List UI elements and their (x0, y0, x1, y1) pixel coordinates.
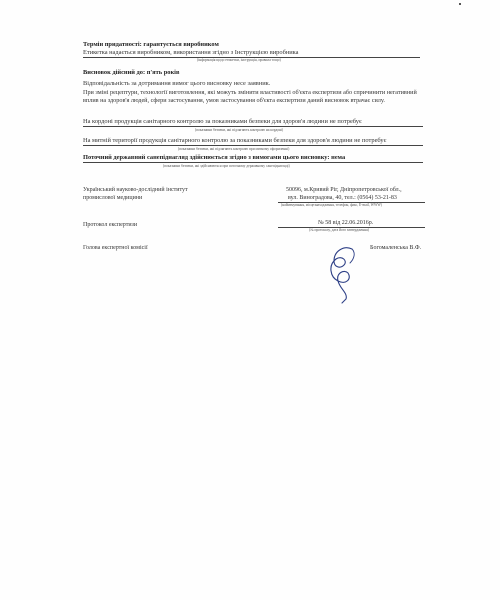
institution-name-line2: промислової медицини (83, 195, 142, 202)
marking-text: Етикетка надається виробником, використа… (83, 49, 299, 56)
address-caption: (найменування, місцезнаходження, телефон… (281, 203, 382, 207)
change-notice-text: При зміні рецептури, технології виготовл… (83, 89, 423, 105)
signatory-name: Богомаленська В.Ф. (370, 245, 421, 252)
protocol-caption: (№ протоколу, дата його затвердження) (309, 228, 369, 232)
marking-caption: (інформація щодо етикетки, інструкція, п… (197, 58, 281, 62)
document-page: Термін придатності: гарантується виробни… (0, 0, 500, 600)
supervision-caption: (показники безпеки, які здійснюються при… (163, 164, 290, 168)
protocol-value: № 58 від 22.06.2016р. (318, 220, 373, 227)
supervision-text: Поточний державний санепіднагляд здійсню… (83, 154, 345, 161)
shelf-life-title: Термін придатності: гарантується виробни… (83, 41, 219, 48)
border-control-underline (83, 126, 423, 127)
validity-title: Висновок дійсний до: п'ять років (83, 69, 179, 76)
customs-control-underline (83, 145, 423, 146)
border-control-caption: (показники безпеки, які підлягають контр… (195, 128, 283, 132)
border-control-text: На кордоні продукція санітарного контрол… (83, 118, 362, 125)
supervision-underline (83, 162, 423, 163)
institution-name-line1: Український науково-дослідний інститут (83, 187, 188, 194)
address-line1: 50096, м.Кривий Ріг, Дніпропетровської о… (286, 187, 402, 194)
address-line2: вул. Виноградова, 40, тел.: (0564) 53-21… (288, 195, 397, 202)
customs-control-caption: (показники безпеки, які підлягають контр… (178, 147, 289, 151)
commission-label: Голова експертної комісії (83, 245, 148, 252)
customs-control-text: На митній території продукція санітарног… (83, 137, 386, 144)
handwritten-signature-icon (322, 243, 362, 305)
protocol-label: Протокол експертизи (83, 222, 137, 229)
scan-speck (459, 3, 461, 5)
responsibility-text: Відповідальність за дотримання вимог цьо… (83, 80, 270, 87)
